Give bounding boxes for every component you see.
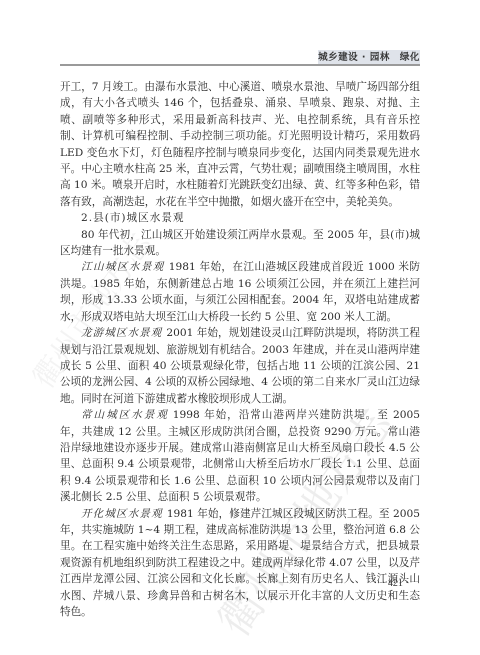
- paragraph-continuation: 开工，7 月竣工。由瀑布水景池、中心溪道、喷泉水景池、旱喷广场四部分组成，有大小…: [60, 79, 420, 210]
- runin-heading-longyou: 龙游城区水景观: [81, 327, 162, 339]
- section-header-badge: 城乡建设 · 园林 绿化: [318, 50, 420, 65]
- header-divider: [60, 64, 420, 66]
- page-number: · 421 ·: [382, 578, 409, 589]
- body-text: 开工，7 月竣工。由瀑布水景池、中心溪道、喷泉水景池、旱喷广场四部分组成，有大小…: [60, 79, 420, 620]
- paragraph-longyou: 龙游城区水景观2001 年始，规划建设灵山江畔防洪堤坝，将防洪工程规划与沿江景观…: [60, 325, 420, 407]
- subheading-county-water-landscape: 2.县(市)城区水景观: [60, 210, 420, 226]
- document-page: 衢州市地方志 衢州市地方志 城乡建设 · 园林 绿化 开工，7 月竣工。由瀑布水…: [0, 0, 480, 655]
- paragraph-intro: 80 年代初，江山城区开始建设须江两岸水景观。至 2005 年，县(市)城区均建…: [60, 227, 420, 260]
- runin-heading-changshan: 常山城区水景观: [81, 409, 169, 421]
- paragraph-text: 1998 年始，沿常山港两岸兴建防洪堤。至 2005 年，共建成 12 公里。主…: [60, 409, 420, 503]
- runin-heading-kaihua: 开化城区水景观: [81, 508, 163, 520]
- runin-heading-jiangshan: 江山城区水景观: [81, 261, 165, 273]
- paragraph-kaihua: 开化城区水景观1981 年始，修建芹江城区段城区防洪工程。至 2005 年，共实…: [60, 506, 420, 621]
- paragraph-jiangshan: 江山城区水景观1981 年始，在江山港城区段建成首段近 1000 米防洪堤。19…: [60, 259, 420, 325]
- paragraph-text: 1981 年始，修建芹江城区段城区防洪工程。至 2005 年，共实施城防 1~4…: [60, 508, 420, 618]
- paragraph-changshan: 常山城区水景观1998 年始，沿常山港两岸兴建防洪堤。至 2005 年，共建成 …: [60, 407, 420, 505]
